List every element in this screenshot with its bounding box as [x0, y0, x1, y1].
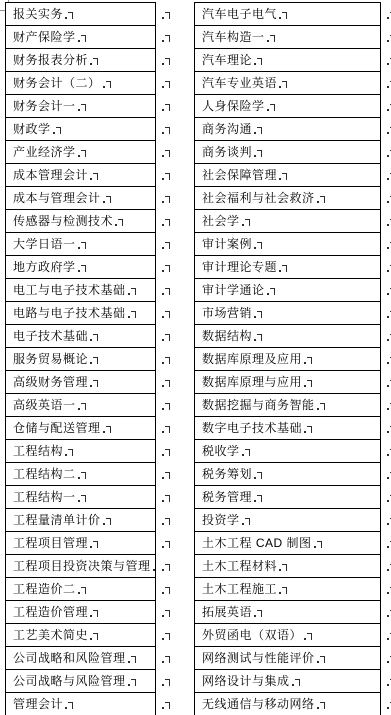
end-of-row-mark-icon	[162, 309, 170, 318]
end-of-row-mark	[160, 118, 170, 141]
end-of-row-mark	[385, 72, 391, 95]
table-row: 产业经济学	[6, 141, 155, 164]
end-of-cell-mark	[317, 194, 325, 203]
course-name: 审计案例	[195, 233, 252, 255]
end-of-row-mark-icon	[387, 148, 391, 157]
end-of-row-mark	[160, 141, 170, 164]
end-of-row-mark	[385, 532, 391, 555]
end-of-row-mark-icon	[387, 424, 391, 433]
end-of-row-mark	[160, 49, 170, 72]
end-of-cell-mark	[254, 470, 262, 479]
course-name: 商务谈判	[195, 141, 252, 163]
end-of-row-mark	[385, 394, 391, 417]
end-of-row-mark-icon	[162, 332, 170, 341]
end-of-row-mark-icon	[387, 700, 391, 709]
end-of-row-mark	[160, 417, 170, 440]
end-of-row-mark-icon	[387, 608, 391, 617]
end-of-row-mark-icon	[162, 10, 170, 19]
end-of-row-mark	[385, 670, 391, 693]
table-row: 社会保障管理	[195, 164, 380, 187]
end-of-row-mark-icon	[162, 217, 170, 226]
table-row: 商务沟通	[195, 118, 380, 141]
end-of-row-mark	[160, 164, 170, 187]
course-name: 工程结构二	[6, 463, 76, 485]
course-name: 电路与电子技术基础	[6, 302, 126, 324]
end-of-row-mark	[385, 693, 391, 715]
table-row: 管理会计	[6, 693, 155, 715]
table-row: 网络设计与集成	[195, 670, 380, 693]
table-row: 税务筹划	[195, 463, 380, 486]
end-of-row-mark-icon	[387, 470, 391, 479]
end-of-cell-mark	[242, 217, 250, 226]
end-of-cell-mark	[128, 677, 136, 686]
end-of-row-mark-icon	[387, 79, 391, 88]
course-name: 财务报表分析	[6, 49, 88, 71]
table-row: 社会福利与社会救济	[195, 187, 380, 210]
end-of-row-mark	[160, 578, 170, 601]
course-name: 工程造价管理	[6, 601, 88, 623]
table-row: 数据库原理及应用	[195, 348, 380, 371]
end-of-row-mark-icon	[387, 585, 391, 594]
course-name: 土木工程材料	[195, 555, 277, 577]
course-name: 高级英语一	[6, 394, 76, 416]
end-of-row-mark-icon	[162, 171, 170, 180]
course-name: 投资学	[195, 509, 240, 531]
end-of-row-mark	[160, 210, 170, 233]
course-name: 社会福利与社会救济	[195, 187, 315, 209]
end-of-cell-mark	[78, 102, 86, 111]
end-of-cell-mark	[53, 125, 61, 134]
end-of-row-mark-icon	[387, 263, 391, 272]
end-of-row-mark	[160, 302, 170, 325]
end-of-cell-mark	[279, 562, 287, 571]
course-name: 社会学	[195, 210, 240, 232]
table-row: 成本管理会计	[6, 164, 155, 187]
course-name: 土木工程施工	[195, 578, 277, 600]
end-of-row-mark	[160, 555, 170, 578]
end-of-row-mark	[160, 233, 170, 256]
end-of-row-mark	[160, 95, 170, 118]
end-of-row-mark	[160, 279, 170, 302]
end-of-cell-mark	[304, 355, 312, 364]
end-of-row-mark	[385, 187, 391, 210]
course-name: 工艺美术简史	[6, 624, 88, 646]
end-of-cell-mark	[65, 700, 73, 709]
table-row: 大学日语一	[6, 233, 155, 256]
end-of-cell-mark	[90, 378, 98, 387]
end-of-row-mark-icon	[387, 102, 391, 111]
end-of-cell-mark	[267, 102, 275, 111]
table-row: 数字电子技术基础	[195, 417, 380, 440]
end-of-cell-mark	[103, 424, 111, 433]
table-row: 商务谈判	[195, 141, 380, 164]
end-of-cell-mark	[317, 654, 325, 663]
course-name: 社会保障管理	[195, 164, 277, 186]
end-of-cell-mark	[90, 56, 98, 65]
table-row: 财产保险学	[6, 26, 155, 49]
end-of-row-mark	[160, 394, 170, 417]
end-of-row-mark-icon	[387, 217, 391, 226]
end-of-row-mark	[160, 647, 170, 670]
course-name: 财产保险学	[6, 26, 76, 48]
end-of-row-mark	[160, 693, 170, 715]
table-row: 传感器与检测技术	[6, 210, 155, 233]
end-of-row-mark-icon	[387, 378, 391, 387]
end-of-cell-mark	[128, 654, 136, 663]
course-name: 工程项目投资决策与管理	[6, 555, 151, 577]
table-row: 汽车专业英语	[195, 72, 380, 95]
end-of-row-mark	[385, 440, 391, 463]
table-row: 财务报表分析	[6, 49, 155, 72]
end-of-cell-mark	[254, 332, 262, 341]
course-name: 报关实务	[6, 3, 63, 25]
end-of-cell-mark	[128, 286, 136, 295]
course-name: 无线通信与移动网络	[195, 693, 315, 715]
end-of-cell-mark	[314, 539, 322, 548]
end-of-row-mark-icon	[162, 654, 170, 663]
end-of-cell-mark	[78, 585, 86, 594]
course-name: 财务会计（二）	[6, 72, 101, 94]
end-of-row-mark-icon	[162, 263, 170, 272]
end-of-row-mark-icon	[162, 585, 170, 594]
end-of-row-mark-icon	[387, 677, 391, 686]
end-of-row-mark-icon	[162, 516, 170, 525]
end-of-cell-mark	[103, 194, 111, 203]
course-name: 土木工程 CAD 制图	[195, 532, 312, 554]
table-row: 汽车构造一	[195, 26, 380, 49]
end-of-cell-mark	[304, 631, 312, 640]
course-name: 工程造价二	[6, 578, 76, 600]
table-row: 高级财务管理	[6, 371, 155, 394]
course-name: 网络测试与性能评价	[195, 647, 315, 669]
end-of-row-mark-icon	[387, 401, 391, 410]
end-of-cell-mark	[267, 33, 275, 42]
course-name: 服务贸易概论	[6, 348, 88, 370]
table-row: 无线通信与移动网络	[195, 693, 380, 715]
table-row: 工程结构	[6, 440, 155, 463]
course-name: 网络设计与集成	[195, 670, 290, 692]
table-row: 电子技术基础	[6, 325, 155, 348]
table-row: 社会学	[195, 210, 380, 233]
end-of-row-mark	[385, 486, 391, 509]
table-row: 工程项目投资决策与管理	[6, 555, 155, 578]
end-of-row-mark-icon	[387, 286, 391, 295]
end-of-row-mark-icon	[387, 355, 391, 364]
table-row: 土木工程材料	[195, 555, 380, 578]
course-name: 数据结构	[195, 325, 252, 347]
course-name: 工程量清单计价	[6, 509, 101, 531]
course-name: 财务会计一	[6, 95, 76, 117]
end-of-row-marks-right	[385, 2, 391, 715]
end-of-row-mark	[160, 440, 170, 463]
table-row: 数据挖掘与商务智能	[195, 394, 380, 417]
end-of-cell-mark	[317, 700, 325, 709]
end-of-cell-mark	[78, 401, 86, 410]
course-table-right-block: 汽车电子电气汽车构造一汽车理论汽车专业英语人身保险学商务沟通商务谈判社会保障管理…	[194, 2, 391, 715]
course-name: 数据挖掘与商务智能	[195, 394, 315, 416]
course-name: 电子技术基础	[6, 325, 88, 347]
end-of-cell-mark	[242, 447, 250, 456]
table-row: 审计理论专题	[195, 256, 380, 279]
end-of-row-mark-icon	[162, 355, 170, 364]
table-row: 工程结构一	[6, 486, 155, 509]
end-of-row-mark	[160, 325, 170, 348]
course-table-right: 汽车电子电气汽车构造一汽车理论汽车专业英语人身保险学商务沟通商务谈判社会保障管理…	[194, 2, 381, 715]
table-row: 市场营销	[195, 302, 380, 325]
end-of-row-mark-icon	[162, 240, 170, 249]
table-row: 税务管理	[195, 486, 380, 509]
end-of-cell-mark	[78, 470, 86, 479]
course-name: 外贸函电（双语）	[195, 624, 302, 646]
table-row: 数据结构	[195, 325, 380, 348]
end-of-row-mark-icon	[387, 10, 391, 19]
end-of-row-mark	[385, 417, 391, 440]
end-of-row-marks-left	[160, 2, 170, 715]
end-of-row-mark	[160, 26, 170, 49]
end-of-cell-mark	[90, 608, 98, 617]
end-of-row-mark-icon	[387, 332, 391, 341]
table-row: 税收学	[195, 440, 380, 463]
end-of-row-mark-icon	[162, 125, 170, 134]
end-of-cell-mark	[279, 171, 287, 180]
course-name: 公司战略和风险管理	[6, 647, 126, 669]
table-row: 财政学	[6, 118, 155, 141]
table-row: 工程结构二	[6, 463, 155, 486]
end-of-row-mark	[385, 118, 391, 141]
course-name: 高级财务管理	[6, 371, 88, 393]
course-name: 市场营销	[195, 302, 252, 324]
table-row: 审计案例	[195, 233, 380, 256]
table-row: 公司战略和风险管理	[6, 647, 155, 670]
end-of-cell-mark	[78, 240, 86, 249]
end-of-row-mark-icon	[162, 677, 170, 686]
end-of-cell-mark	[279, 585, 287, 594]
table-row: 报关实务	[6, 3, 155, 26]
course-name: 财政学	[6, 118, 51, 140]
end-of-cell-mark	[90, 355, 98, 364]
end-of-row-mark	[160, 256, 170, 279]
end-of-row-mark	[385, 601, 391, 624]
table-row: 土木工程施工	[195, 578, 380, 601]
course-name: 数据库原理与应用	[195, 371, 302, 393]
table-row: 审计学通论	[195, 279, 380, 302]
end-of-row-mark	[160, 624, 170, 647]
end-of-row-mark	[160, 187, 170, 210]
end-of-row-mark-icon	[162, 700, 170, 709]
table-row: 财务会计一	[6, 95, 155, 118]
course-name: 审计理论专题	[195, 256, 277, 278]
course-name: 传感器与检测技术	[6, 210, 113, 232]
table-row: 公司战略与风险管理	[6, 670, 155, 693]
table-row: 仓储与配送管理	[6, 417, 155, 440]
course-name: 工程结构	[6, 440, 63, 462]
table-row: 汽车电子电气	[195, 3, 380, 26]
course-name: 产业经济学	[6, 141, 76, 163]
end-of-row-mark-icon	[162, 102, 170, 111]
end-of-row-mark-icon	[162, 447, 170, 456]
document-page: 报关实务财产保险学财务报表分析财务会计（二）财务会计一财政学产业经济学成本管理会…	[0, 0, 391, 715]
end-of-cell-mark	[254, 56, 262, 65]
end-of-row-mark-icon	[162, 493, 170, 502]
table-row: 地方政府学	[6, 256, 155, 279]
end-of-row-mark-icon	[162, 401, 170, 410]
course-name: 税务管理	[195, 486, 252, 508]
course-name: 成本管理会计	[6, 164, 88, 186]
end-of-row-mark-icon	[387, 631, 391, 640]
end-of-row-mark-icon	[387, 171, 391, 180]
end-of-row-mark-icon	[387, 539, 391, 548]
end-of-row-mark-icon	[387, 493, 391, 502]
end-of-cell-mark	[65, 10, 73, 19]
end-of-cell-mark	[304, 378, 312, 387]
end-of-row-mark	[385, 509, 391, 532]
end-of-cell-mark	[78, 148, 86, 157]
end-of-cell-mark	[279, 10, 287, 19]
end-of-row-mark	[385, 463, 391, 486]
end-of-row-mark	[385, 647, 391, 670]
end-of-row-mark-icon	[162, 470, 170, 479]
end-of-row-mark	[160, 371, 170, 394]
end-of-row-mark	[385, 141, 391, 164]
end-of-cell-mark	[128, 309, 136, 318]
course-name: 工程结构一	[6, 486, 76, 508]
table-row: 拓展英语	[195, 601, 380, 624]
end-of-row-mark-icon	[162, 148, 170, 157]
course-name: 汽车理论	[195, 49, 252, 71]
table-row: 电工与电子技术基础	[6, 279, 155, 302]
end-of-row-mark-icon	[387, 447, 391, 456]
course-name: 工程项目管理	[6, 532, 88, 554]
end-of-row-mark-icon	[387, 125, 391, 134]
end-of-cell-mark	[153, 562, 155, 571]
table-row: 财务会计（二）	[6, 72, 155, 95]
end-of-row-mark-icon	[162, 631, 170, 640]
course-name: 税务筹划	[195, 463, 252, 485]
course-name: 人身保险学	[195, 95, 265, 117]
end-of-row-mark-icon	[387, 56, 391, 65]
table-row: 成本与管理会计	[6, 187, 155, 210]
end-of-row-mark	[385, 555, 391, 578]
end-of-row-mark	[160, 72, 170, 95]
course-name: 地方政府学	[6, 256, 76, 278]
table-row: 人身保险学	[195, 95, 380, 118]
end-of-row-mark	[385, 95, 391, 118]
end-of-cell-mark	[65, 447, 73, 456]
end-of-row-mark	[160, 348, 170, 371]
table-row: 网络测试与性能评价	[195, 647, 380, 670]
course-name: 电工与电子技术基础	[6, 279, 126, 301]
end-of-cell-mark	[90, 171, 98, 180]
course-name: 成本与管理会计	[6, 187, 101, 209]
table-row: 外贸函电（双语）	[195, 624, 380, 647]
course-name: 数据库原理及应用	[195, 348, 302, 370]
end-of-row-mark-icon	[387, 194, 391, 203]
end-of-row-mark-icon	[387, 654, 391, 663]
table-row: 汽车理论	[195, 49, 380, 72]
table-row: 数据库原理与应用	[195, 371, 380, 394]
course-name: 汽车构造一	[195, 26, 265, 48]
course-name: 审计学通论	[195, 279, 265, 301]
course-table-left-block: 报关实务财产保险学财务报表分析财务会计（二）财务会计一财政学产业经济学成本管理会…	[5, 2, 170, 715]
end-of-cell-mark	[254, 309, 262, 318]
end-of-cell-mark	[254, 493, 262, 502]
end-of-row-mark	[385, 279, 391, 302]
end-of-row-mark	[385, 578, 391, 601]
course-name: 汽车专业英语	[195, 72, 277, 94]
end-of-row-mark	[385, 348, 391, 371]
end-of-row-mark	[160, 601, 170, 624]
end-of-row-mark-icon	[162, 194, 170, 203]
table-row: 工程造价管理	[6, 601, 155, 624]
end-of-cell-mark	[103, 79, 111, 88]
end-of-cell-mark	[267, 286, 275, 295]
end-of-row-mark	[385, 26, 391, 49]
end-of-row-mark-icon	[162, 33, 170, 42]
end-of-row-mark	[385, 164, 391, 187]
course-name: 公司战略与风险管理	[6, 670, 126, 692]
end-of-row-mark	[385, 3, 391, 26]
end-of-row-mark-icon	[387, 240, 391, 249]
course-table-left: 报关实务财产保险学财务报表分析财务会计（二）财务会计一财政学产业经济学成本管理会…	[5, 2, 156, 715]
end-of-cell-mark	[279, 79, 287, 88]
end-of-cell-mark	[254, 240, 262, 249]
end-of-cell-mark	[90, 631, 98, 640]
table-row: 工程项目管理	[6, 532, 155, 555]
end-of-row-mark-icon	[387, 516, 391, 525]
table-row: 投资学	[195, 509, 380, 532]
table-row: 工程造价二	[6, 578, 155, 601]
course-name: 仓储与配送管理	[6, 417, 101, 439]
table-row: 工艺美术简史	[6, 624, 155, 647]
end-of-row-mark-icon	[162, 286, 170, 295]
table-row: 土木工程 CAD 制图	[195, 532, 380, 555]
end-of-cell-mark	[90, 332, 98, 341]
end-of-row-mark	[160, 486, 170, 509]
end-of-cell-mark	[78, 493, 86, 502]
table-row: 服务贸易概论	[6, 348, 155, 371]
end-of-row-mark	[160, 509, 170, 532]
course-name: 商务沟通	[195, 118, 252, 140]
end-of-row-mark-icon	[387, 33, 391, 42]
course-name: 管理会计	[6, 693, 63, 715]
end-of-row-mark-icon	[387, 562, 391, 571]
end-of-row-mark	[160, 463, 170, 486]
end-of-row-mark	[385, 233, 391, 256]
end-of-row-mark	[385, 302, 391, 325]
end-of-row-mark	[160, 670, 170, 693]
end-of-cell-mark	[254, 148, 262, 157]
end-of-cell-mark	[292, 677, 300, 686]
end-of-cell-mark	[317, 401, 325, 410]
end-of-cell-mark	[103, 516, 111, 525]
course-name: 数字电子技术基础	[195, 417, 302, 439]
end-of-row-mark-icon	[387, 309, 391, 318]
course-name: 汽车电子电气	[195, 3, 277, 25]
end-of-row-mark	[385, 49, 391, 72]
end-of-row-mark	[385, 210, 391, 233]
course-name: 税收学	[195, 440, 240, 462]
end-of-cell-mark	[90, 539, 98, 548]
end-of-row-mark-icon	[162, 424, 170, 433]
table-row: 工程量清单计价	[6, 509, 155, 532]
end-of-cell-mark	[304, 424, 312, 433]
end-of-cell-mark	[78, 33, 86, 42]
end-of-row-mark	[385, 624, 391, 647]
table-row: 高级英语一	[6, 394, 155, 417]
table-row: 电路与电子技术基础	[6, 302, 155, 325]
end-of-row-mark-icon	[162, 608, 170, 617]
end-of-row-mark-icon	[162, 378, 170, 387]
